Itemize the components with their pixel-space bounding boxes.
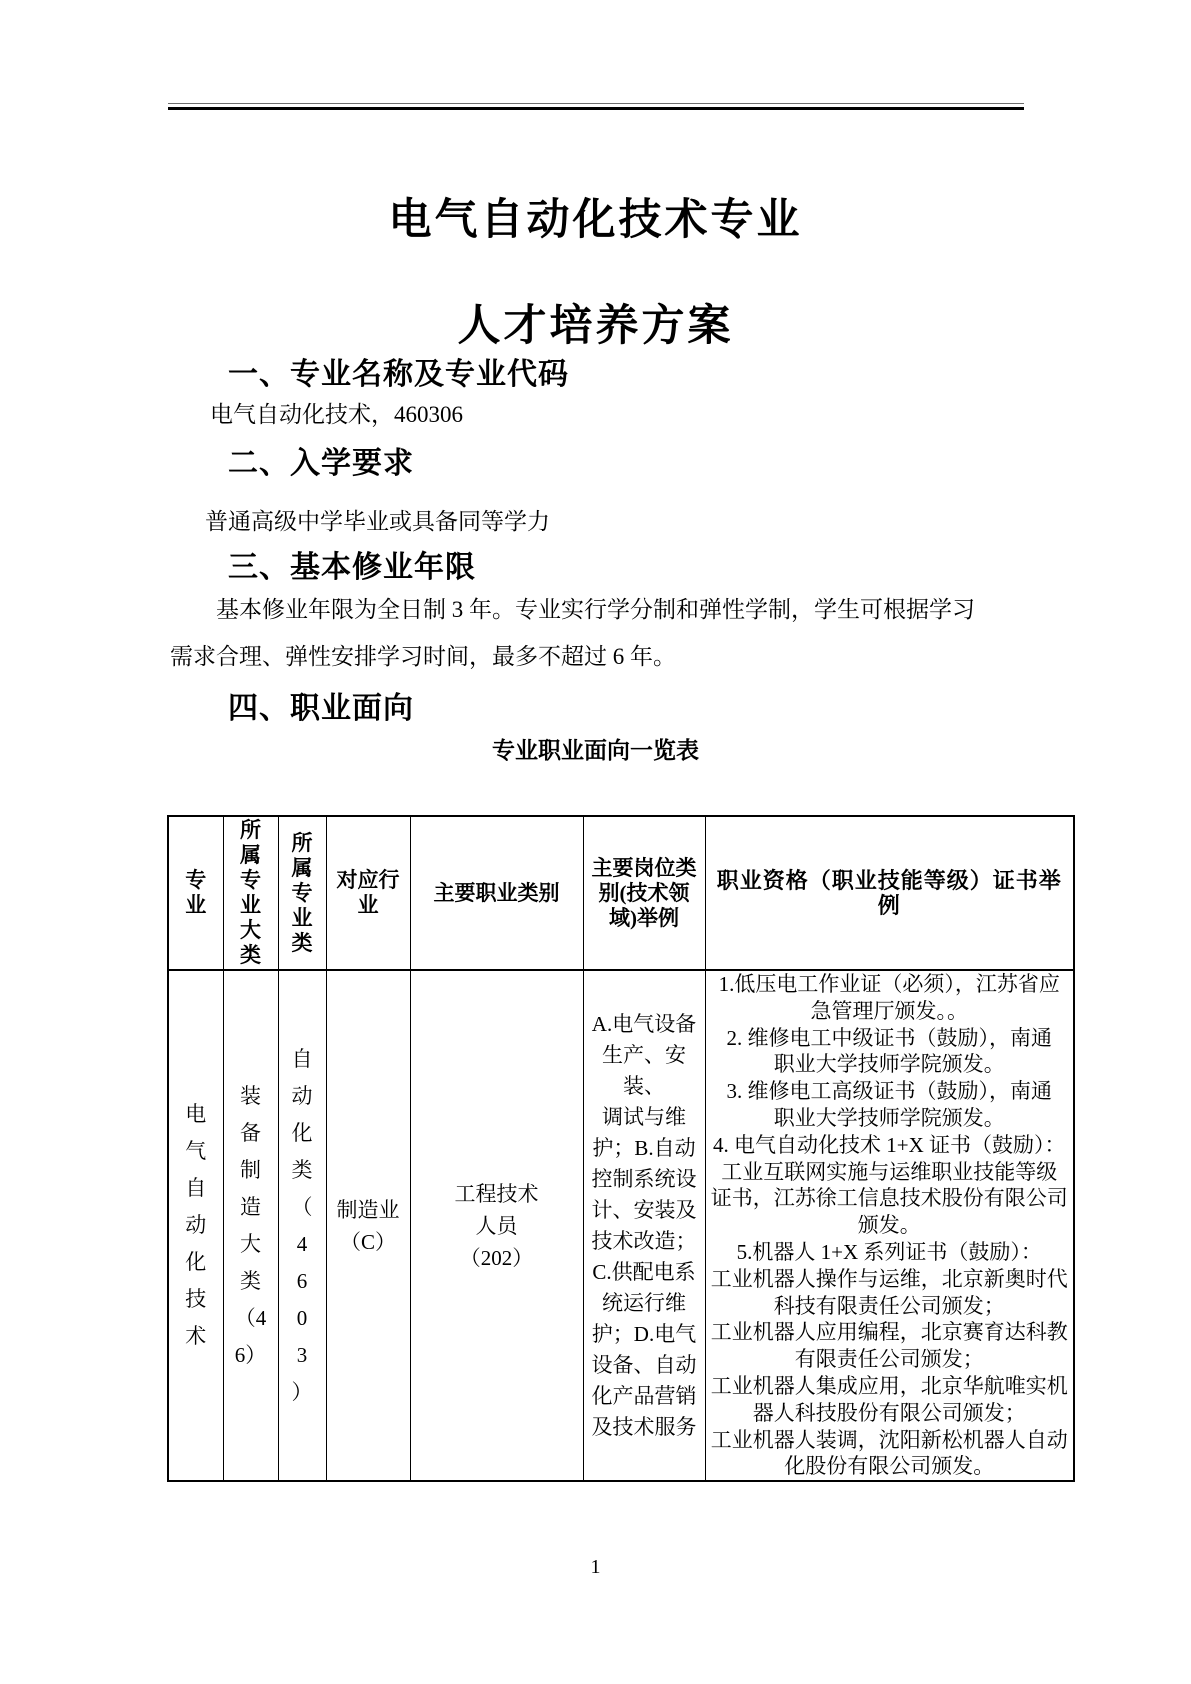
header-cell-post-examples: 主要岗位类 别(技术领 域)举例 [583,816,705,970]
section-heading-major-name: 一、专业名称及专业代码 [228,349,569,393]
cell-industry: 制造业 （C） [326,970,410,1481]
cell-specialty: 电 气 自 动 化 技 术 [168,970,223,1481]
cell-occupation: 工程技术 人员 （202） [410,970,583,1481]
table-data-row: 电 气 自 动 化 技 术 装 备 制 造 大 类 （4 6） 自 动 化 类 … [168,970,1074,1481]
section-heading-admission: 二、入学要求 [228,438,414,482]
header-cell-industry: 对应行 业 [326,816,410,970]
section-body-admission: 普通高级中学毕业或具备同等学力 [205,503,550,536]
cell-certificates: 1.低压电工作业证（必须），江苏省应 急管理厅颁发。。 2. 维修电工中级证书（… [705,970,1074,1481]
header-cell-specialty: 专 业 [168,816,223,970]
cell-post-examples: A.电气设备 生产、安装、 调试与维 护；B.自动 控制系统设 计、安装及 技术… [583,970,705,1481]
section-body-duration: 基本修业年限为全日制 3 年。专业实行学分制和弹性学制，学生可根据学习 需求合理… [170,586,1026,680]
document-subtitle: 人才培养方案 [0,292,1191,353]
section-heading-career: 四、职业面向 [228,683,414,727]
career-orientation-table: 专 业 所 属 专 业 大 类 所 属 专 业 类 对应行 业 主要职业类别 主… [167,815,1075,1482]
section-body-major-name: 电气自动化技术，460306 [210,396,463,429]
section-heading-duration: 三、基本修业年限 [228,542,476,586]
document-page: 电气自动化技术专业 人才培养方案 一、专业名称及专业代码 电气自动化技术，460… [0,0,1191,1684]
cell-major-category: 装 备 制 造 大 类 （4 6） [223,970,278,1481]
page-header-rule [168,103,1024,110]
page-number: 1 [0,1556,1191,1579]
header-cell-major-category: 所 属 专 业 大 类 [223,816,278,970]
cell-category: 自 动 化 类 （ 4 6 0 3 ） [278,970,326,1481]
document-title: 电气自动化技术专业 [0,186,1191,247]
header-cell-certificates: 职业资格（职业技能等级）证书举例 [705,816,1074,970]
table-caption: 专业职业面向一览表 [0,732,1191,765]
header-cell-occupation: 主要职业类别 [410,816,583,970]
table-header-row: 专 业 所 属 专 业 大 类 所 属 专 业 类 对应行 业 主要职业类别 主… [168,816,1074,970]
header-cell-category: 所 属 专 业 类 [278,816,326,970]
